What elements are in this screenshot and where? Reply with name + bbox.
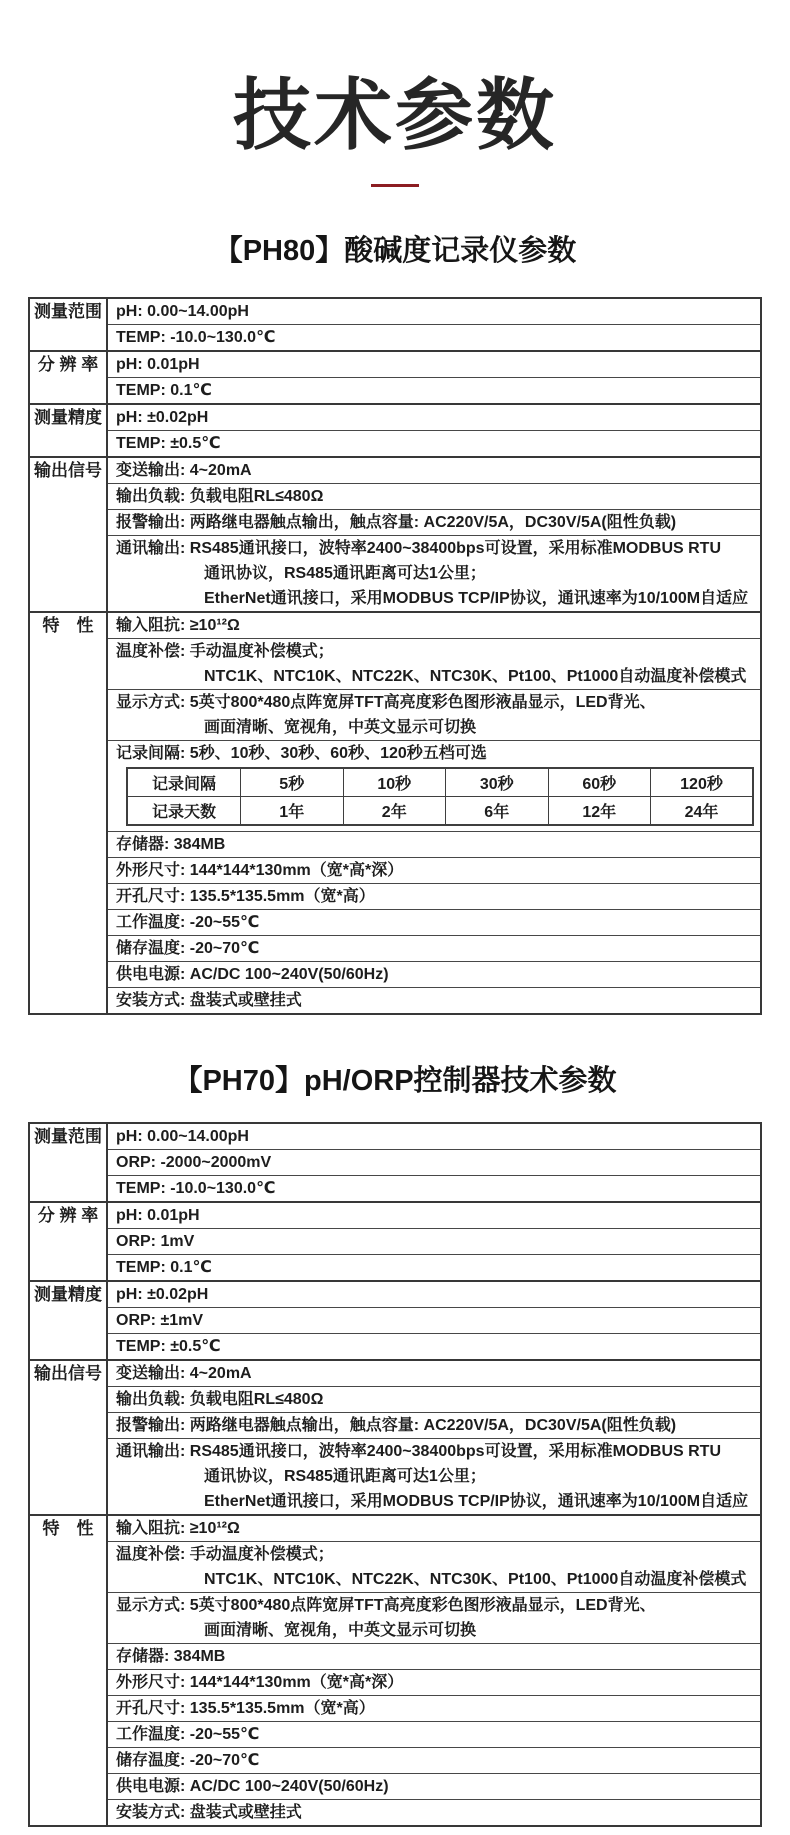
ph80-group-resolution: 分 辨 率 pH: 0.01pH TEMP: 0.1℃ [30, 352, 760, 405]
spec-row: 输出负载: 负载电阻RL≤480Ω [108, 1387, 760, 1413]
spec-text-line: 通讯协议，RS485通讯距离可达1公里； [116, 561, 760, 586]
spec-row: 开孔尺寸: 135.5*135.5mm（宽*高） [108, 1696, 760, 1722]
spec-text-line: 安装方式: 盘装式或壁挂式 [116, 988, 760, 1013]
spec-text-line: 记录间隔: 5秒、10秒、30秒、60秒、120秒五档可选 [116, 741, 760, 766]
ph80-group-measure-range: 测量范围 pH: 0.00~14.00pH TEMP: -10.0~130.0℃ [30, 299, 760, 352]
spec-row: 安装方式: 盘装式或壁挂式 [108, 1800, 760, 1825]
ph70-group-measure-range: 测量范围 pH: 0.00~14.00pH ORP: -2000~2000mV … [30, 1124, 760, 1203]
spec-row: 外形尺寸: 144*144*130mm（宽*高*深） [108, 1670, 760, 1696]
spec-row: 温度补偿: 手动温度补偿模式； NTC1K、NTC10K、NTC22K、NTC3… [108, 639, 760, 690]
spec-row: 供电电源: AC/DC 100~240V(50/60Hz) [108, 1774, 760, 1800]
spec-text-line: TEMP: 0.1℃ [116, 1255, 760, 1280]
ph70-group-resolution: 分 辨 率 pH: 0.01pH ORP: 1mV TEMP: 0.1℃ [30, 1203, 760, 1282]
spec-row: 通讯输出: RS485通讯接口，波特率2400~38400bps可设置，采用标准… [108, 536, 760, 611]
spec-row: pH: 0.00~14.00pH [108, 299, 760, 325]
spec-row: 开孔尺寸: 135.5*135.5mm（宽*高） [108, 884, 760, 910]
spec-text-line: pH: ±0.02pH [116, 1282, 760, 1307]
spec-group-label: 测量精度 [30, 405, 108, 456]
record-interval-table: 记录间隔 5秒 10秒 30秒 60秒 120秒 记录天数 1年 2年 6年 [126, 767, 754, 826]
ph80-spec-table: 测量范围 pH: 0.00~14.00pH TEMP: -10.0~130.0℃… [28, 297, 762, 1015]
spec-row: pH: ±0.02pH [108, 1282, 760, 1308]
spec-row: 输出负载: 负载电阻RL≤480Ω [108, 484, 760, 510]
record-table-cell: 60秒 [548, 768, 651, 797]
spec-text-line: ORP: 1mV [116, 1229, 760, 1254]
spec-text-line: NTC1K、NTC10K、NTC22K、NTC30K、Pt100、Pt1000自… [116, 1567, 760, 1592]
spec-text-line: pH: 0.00~14.00pH [116, 299, 760, 324]
spec-row: ORP: 1mV [108, 1229, 760, 1255]
spec-text-line: TEMP: -10.0~130.0℃ [116, 325, 760, 350]
spec-text-line: 温度补偿: 手动温度补偿模式； [116, 639, 760, 664]
spec-text-line: pH: 0.01pH [116, 352, 760, 377]
spec-text-line: 工作温度: -20~55℃ [116, 1722, 760, 1747]
spec-sheet-page: 技术参数 【PH80】酸碱度记录仪参数 测量范围 pH: 0.00~14.00p… [0, 76, 790, 1827]
spec-row: 温度补偿: 手动温度补偿模式； NTC1K、NTC10K、NTC22K、NTC3… [108, 1542, 760, 1593]
spec-group-label: 特 性 [30, 613, 108, 1013]
spec-row-record-interval: 记录间隔: 5秒、10秒、30秒、60秒、120秒五档可选 记录间隔 5秒 10… [108, 741, 760, 832]
spec-text-line: 供电电源: AC/DC 100~240V(50/60Hz) [116, 962, 760, 987]
spec-text-line: EtherNet通讯接口，采用MODBUS TCP/IP协议，通讯速率为10/1… [116, 1489, 760, 1514]
spec-text-line: 外形尺寸: 144*144*130mm（宽*高*深） [116, 1670, 760, 1695]
spec-text-line: TEMP: -10.0~130.0℃ [116, 1176, 760, 1201]
spec-row: TEMP: -10.0~130.0℃ [108, 325, 760, 350]
spec-row: TEMP: 0.1℃ [108, 1255, 760, 1280]
spec-row: 存储器: 384MB [108, 1644, 760, 1670]
record-table-cell: 记录间隔 [127, 768, 241, 797]
spec-row: 通讯输出: RS485通讯接口，波特率2400~38400bps可设置，采用标准… [108, 1439, 760, 1514]
page-title: 技术参数 [0, 76, 790, 154]
ph70-section-heading: 【PH70】pH/ORP控制器技术参数 [0, 1063, 790, 1099]
spec-group-label: 输出信号 [30, 458, 108, 611]
record-table-cell: 12年 [548, 797, 651, 826]
spec-row: ORP: ±1mV [108, 1308, 760, 1334]
record-table-cell: 30秒 [446, 768, 549, 797]
spec-text-line: 输出负载: 负载电阻RL≤480Ω [116, 1387, 760, 1412]
spec-text-line: 通讯协议，RS485通讯距离可达1公里； [116, 1464, 760, 1489]
ph70-spec-table: 测量范围 pH: 0.00~14.00pH ORP: -2000~2000mV … [28, 1122, 762, 1827]
ph80-group-output-signal: 输出信号 变送输出: 4~20mA 输出负载: 负载电阻RL≤480Ω 报警输出… [30, 458, 760, 613]
spec-text-line: 温度补偿: 手动温度补偿模式； [116, 1542, 760, 1567]
spec-text-line: 画面清晰、宽视角，中英文显示可切换 [116, 1618, 760, 1643]
title-accent-line [371, 184, 419, 187]
spec-row: 显示方式: 5英寸800*480点阵宽屏TFT高亮度彩色图形液晶显示，LED背光… [108, 1593, 760, 1644]
spec-group-label: 分 辨 率 [30, 1203, 108, 1280]
record-interval-row: 记录间隔 5秒 10秒 30秒 60秒 120秒 [127, 768, 753, 797]
spec-text-line: 输出负载: 负载电阻RL≤480Ω [116, 484, 760, 509]
spec-row: 显示方式: 5英寸800*480点阵宽屏TFT高亮度彩色图形液晶显示，LED背光… [108, 690, 760, 741]
spec-text-line: 工作温度: -20~55℃ [116, 910, 760, 935]
spec-row: 储存温度: -20~70℃ [108, 1748, 760, 1774]
spec-text-line: 开孔尺寸: 135.5*135.5mm（宽*高） [116, 884, 760, 909]
spec-text-line: pH: 0.01pH [116, 1203, 760, 1228]
record-table-cell: 6年 [446, 797, 549, 826]
ph70-group-features: 特 性 输入阻抗: ≥10¹²Ω 温度补偿: 手动温度补偿模式； NTC1K、N… [30, 1516, 760, 1825]
ph80-group-accuracy: 测量精度 pH: ±0.02pH TEMP: ±0.5℃ [30, 405, 760, 458]
spec-text-line: 供电电源: AC/DC 100~240V(50/60Hz) [116, 1774, 760, 1799]
spec-text-line: 显示方式: 5英寸800*480点阵宽屏TFT高亮度彩色图形液晶显示，LED背光… [116, 1593, 760, 1618]
spec-group-label: 输出信号 [30, 1361, 108, 1514]
spec-text-line: 通讯输出: RS485通讯接口，波特率2400~38400bps可设置，采用标准… [116, 536, 760, 561]
record-table-cell: 10秒 [343, 768, 446, 797]
spec-text-line: NTC1K、NTC10K、NTC22K、NTC30K、Pt100、Pt1000自… [116, 664, 760, 689]
spec-text-line: 存储器: 384MB [116, 1644, 760, 1669]
spec-row: pH: 0.01pH [108, 352, 760, 378]
spec-row: pH: 0.01pH [108, 1203, 760, 1229]
spec-text-line: TEMP: ±0.5℃ [116, 1334, 760, 1359]
spec-row: 工作温度: -20~55℃ [108, 910, 760, 936]
spec-row: 输入阻抗: ≥10¹²Ω [108, 1516, 760, 1542]
spec-row: 安装方式: 盘装式或壁挂式 [108, 988, 760, 1013]
spec-text-line: 输入阻抗: ≥10¹²Ω [116, 1516, 760, 1541]
spec-row: TEMP: 0.1℃ [108, 378, 760, 403]
spec-group-label: 测量范围 [30, 1124, 108, 1201]
spec-text-line: 报警输出: 两路继电器触点输出，触点容量: AC220V/5A，DC30V/5A… [116, 1413, 760, 1438]
spec-row: 报警输出: 两路继电器触点输出，触点容量: AC220V/5A，DC30V/5A… [108, 510, 760, 536]
spec-group-label: 特 性 [30, 1516, 108, 1825]
spec-text-line: 变送输出: 4~20mA [116, 1361, 760, 1386]
spec-row: pH: ±0.02pH [108, 405, 760, 431]
spec-row: 存储器: 384MB [108, 832, 760, 858]
spec-text-line: 报警输出: 两路继电器触点输出，触点容量: AC220V/5A，DC30V/5A… [116, 510, 760, 535]
spec-text-line: 外形尺寸: 144*144*130mm（宽*高*深） [116, 858, 760, 883]
ph80-group-features: 特 性 输入阻抗: ≥10¹²Ω 温度补偿: 手动温度补偿模式； NTC1K、N… [30, 613, 760, 1013]
spec-row: 外形尺寸: 144*144*130mm（宽*高*深） [108, 858, 760, 884]
spec-text-line: 变送输出: 4~20mA [116, 458, 760, 483]
record-table-cell: 24年 [651, 797, 754, 826]
spec-text-line: TEMP: 0.1℃ [116, 378, 760, 403]
spec-group-label: 测量精度 [30, 1282, 108, 1359]
spec-text-line: 画面清晰、宽视角，中英文显示可切换 [116, 715, 760, 740]
spec-text-line: 显示方式: 5英寸800*480点阵宽屏TFT高亮度彩色图形液晶显示，LED背光… [116, 690, 760, 715]
record-table-cell: 1年 [241, 797, 344, 826]
spec-group-label: 测量范围 [30, 299, 108, 350]
record-table-cell: 5秒 [241, 768, 344, 797]
spec-text-line: ORP: -2000~2000mV [116, 1150, 760, 1175]
spec-row: 工作温度: -20~55℃ [108, 1722, 760, 1748]
spec-text-line: 储存温度: -20~70℃ [116, 1748, 760, 1773]
spec-row: TEMP: ±0.5℃ [108, 431, 760, 456]
spec-row: TEMP: ±0.5℃ [108, 1334, 760, 1359]
spec-text-line: 通讯输出: RS485通讯接口，波特率2400~38400bps可设置，采用标准… [116, 1439, 760, 1464]
ph70-group-output-signal: 输出信号 变送输出: 4~20mA 输出负载: 负载电阻RL≤480Ω 报警输出… [30, 1361, 760, 1516]
spec-row: 变送输出: 4~20mA [108, 458, 760, 484]
spec-text-line: pH: ±0.02pH [116, 405, 760, 430]
spec-row: pH: 0.00~14.00pH [108, 1124, 760, 1150]
spec-row: ORP: -2000~2000mV [108, 1150, 760, 1176]
spec-text-line: 开孔尺寸: 135.5*135.5mm（宽*高） [116, 1696, 760, 1721]
record-table-cell: 120秒 [651, 768, 754, 797]
spec-text-line: TEMP: ±0.5℃ [116, 431, 760, 456]
spec-text-line: 安装方式: 盘装式或壁挂式 [116, 1800, 760, 1825]
record-days-row: 记录天数 1年 2年 6年 12年 24年 [127, 797, 753, 826]
spec-group-label: 分 辨 率 [30, 352, 108, 403]
record-table-cell: 记录天数 [127, 797, 241, 826]
spec-row: 报警输出: 两路继电器触点输出，触点容量: AC220V/5A，DC30V/5A… [108, 1413, 760, 1439]
ph70-group-accuracy: 测量精度 pH: ±0.02pH ORP: ±1mV TEMP: ±0.5℃ [30, 1282, 760, 1361]
spec-text-line: pH: 0.00~14.00pH [116, 1124, 760, 1149]
spec-text-line: ORP: ±1mV [116, 1308, 760, 1333]
record-table-cell: 2年 [343, 797, 446, 826]
spec-row: 储存温度: -20~70℃ [108, 936, 760, 962]
spec-row: 供电电源: AC/DC 100~240V(50/60Hz) [108, 962, 760, 988]
spec-text-line: 存储器: 384MB [116, 832, 760, 857]
ph80-section-heading: 【PH80】酸碱度记录仪参数 [0, 233, 790, 269]
spec-text-line: EtherNet通讯接口，采用MODBUS TCP/IP协议，通讯速率为10/1… [116, 586, 760, 611]
spec-text-line: 输入阻抗: ≥10¹²Ω [116, 613, 760, 638]
spec-row: 变送输出: 4~20mA [108, 1361, 760, 1387]
spec-text-line: 储存温度: -20~70℃ [116, 936, 760, 961]
spec-row: TEMP: -10.0~130.0℃ [108, 1176, 760, 1201]
spec-row: 输入阻抗: ≥10¹²Ω [108, 613, 760, 639]
